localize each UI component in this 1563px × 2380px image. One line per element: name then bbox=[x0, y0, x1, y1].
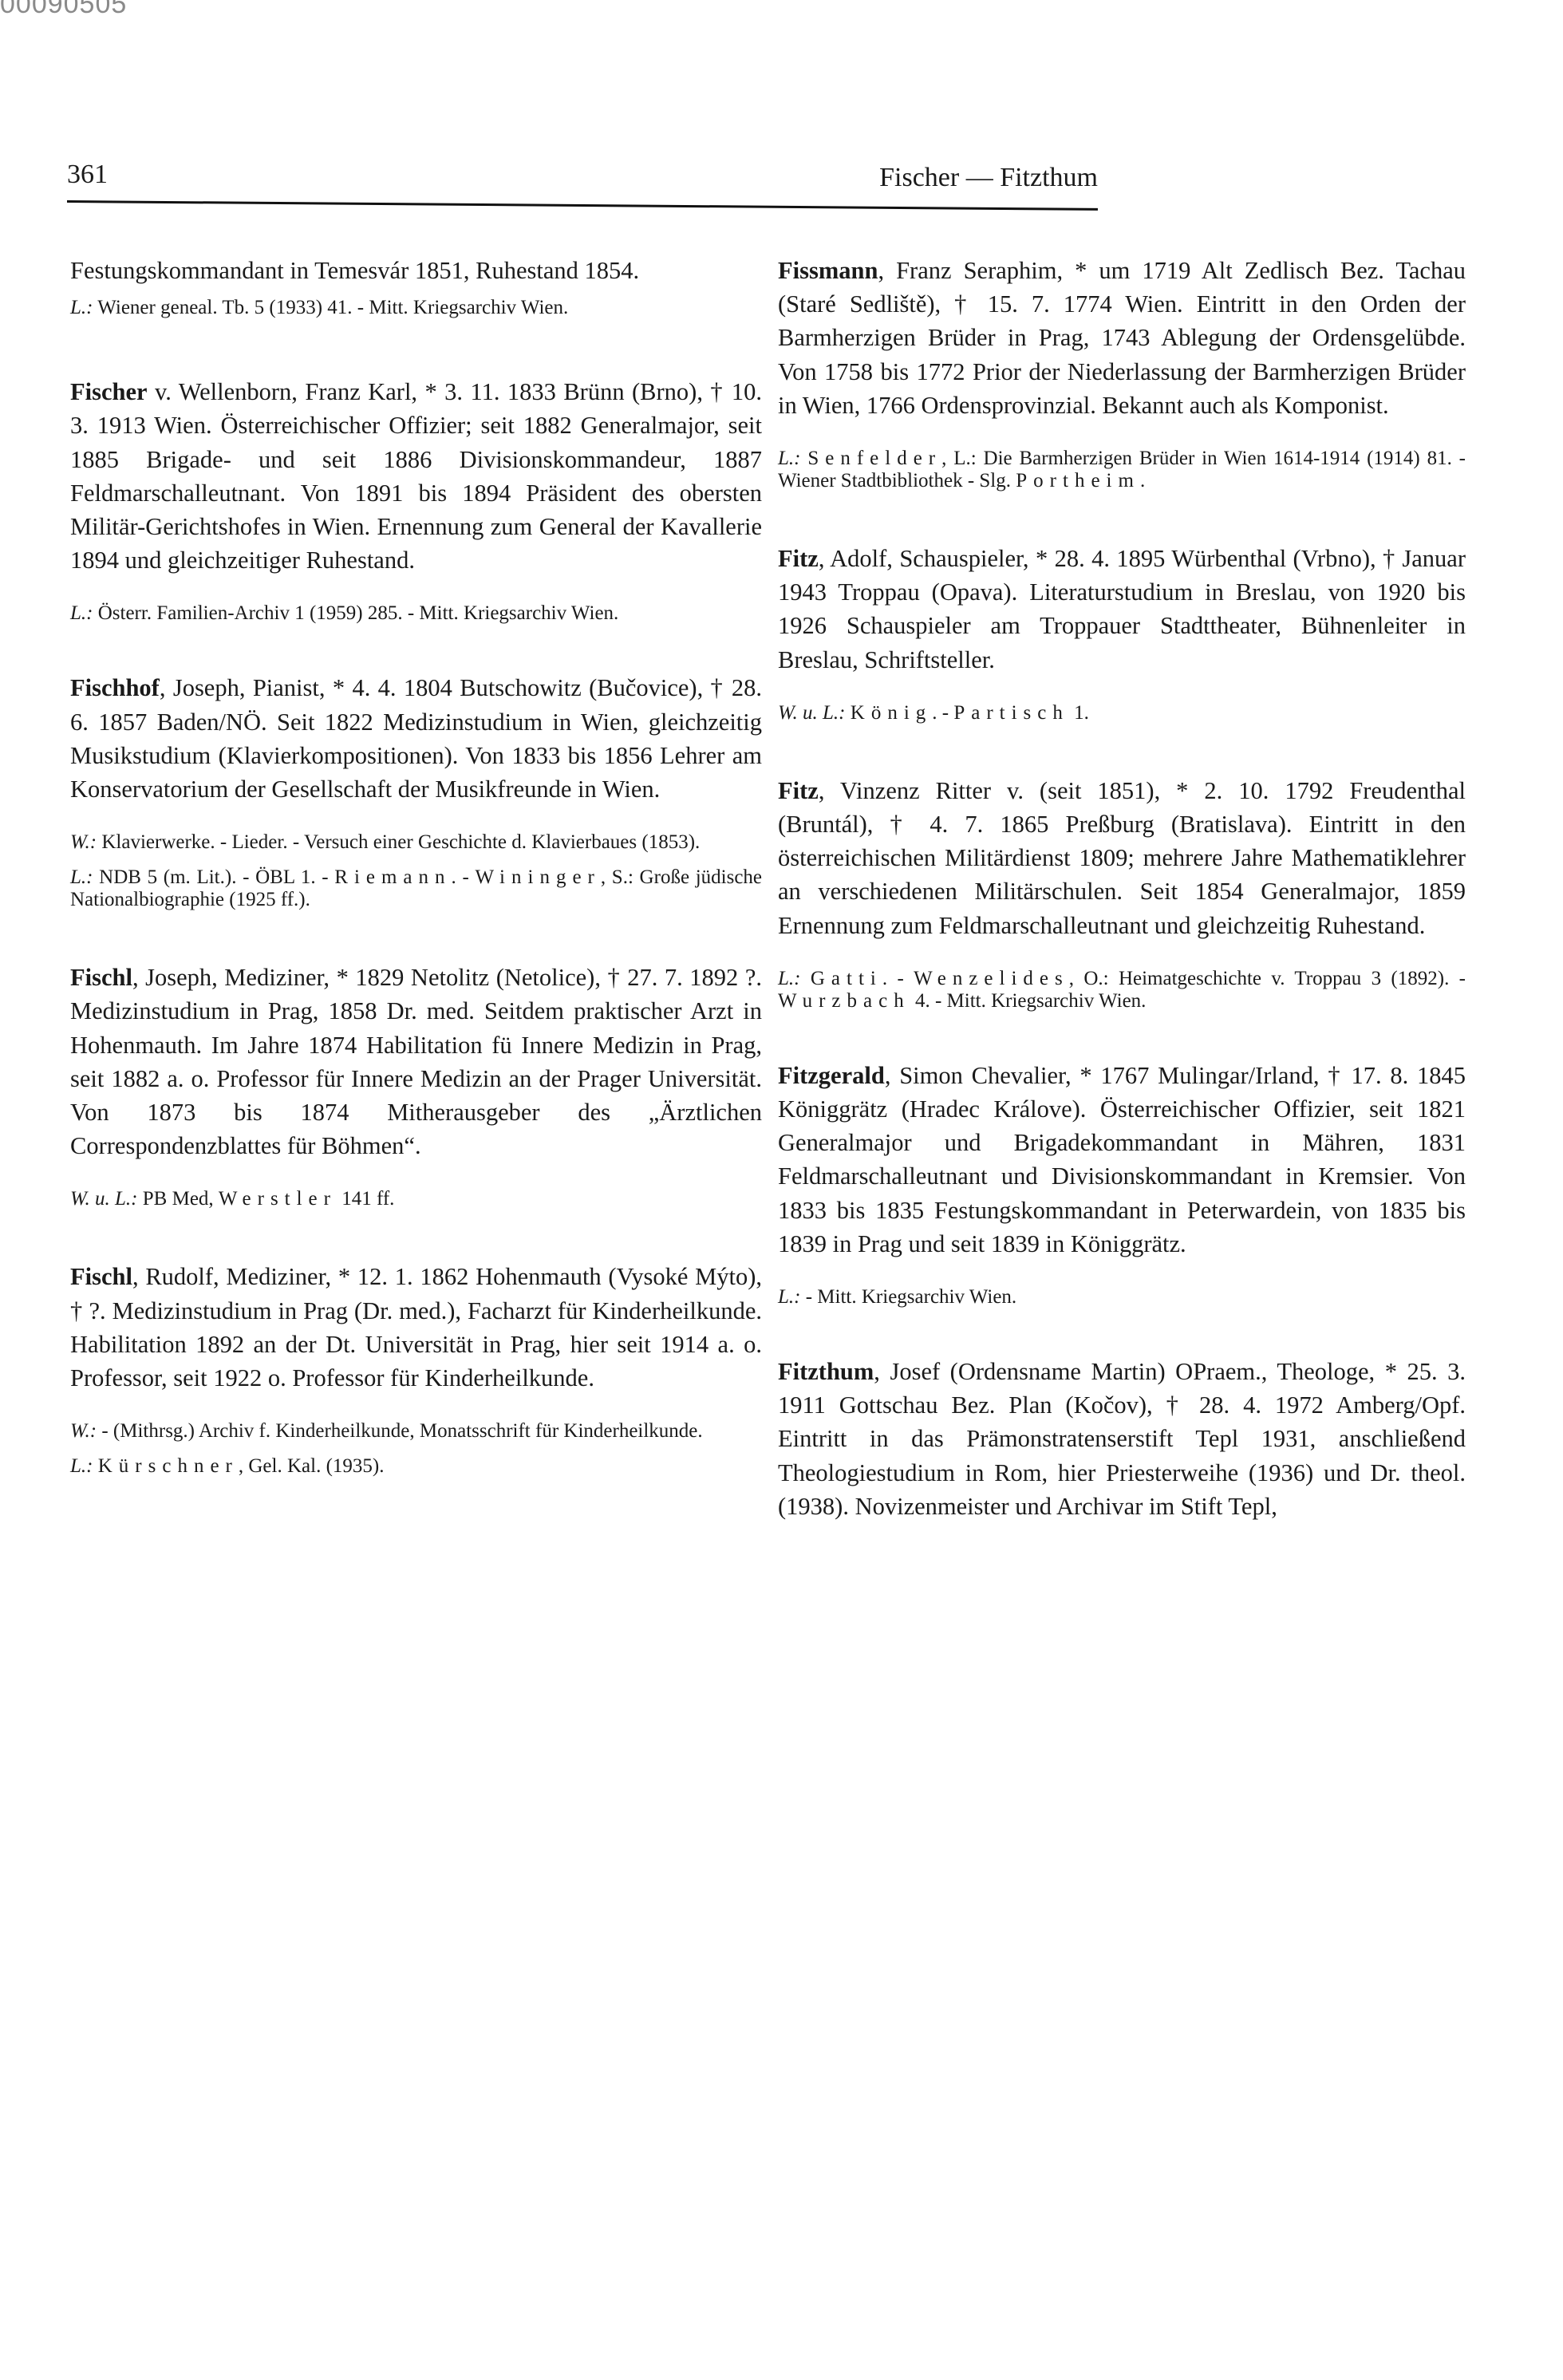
headword: Fischer bbox=[70, 378, 148, 405]
entry-fitz-vinzenz: Fitz, Vinzenz Ritter v. (seit 1851), * 2… bbox=[778, 774, 1466, 1012]
entry-fitz-adolf: Fitz, Adolf, Schauspieler, * 28. 4. 1895… bbox=[778, 542, 1466, 724]
entry-fischhof: Fischhof, Joseph, Pianist, * 4. 4. 1804 … bbox=[70, 671, 762, 911]
entry-body: Fitz, Adolf, Schauspieler, * 28. 4. 1895… bbox=[778, 542, 1466, 677]
scan-id-stamp: 00090505 bbox=[0, 0, 127, 20]
headword: Fitz bbox=[778, 777, 819, 804]
entry-fissmann: Fissmann, Franz Seraphim, * um 1719 Alt … bbox=[778, 254, 1466, 492]
literature-ref: L.: Wiener geneal. Tb. 5 (1933) 41. - Mi… bbox=[70, 297, 762, 319]
left-column: Festungskommandant in Temesvár 1851, Ruh… bbox=[70, 254, 762, 1530]
literature-ref: L.: Kürschner, Gel. Kal. (1935). bbox=[70, 1455, 762, 1478]
headword: Fitz bbox=[778, 545, 819, 572]
headword: Fitzthum bbox=[778, 1358, 874, 1385]
entry-fischl-rudolf: Fischl, Rudolf, Mediziner, * 12. 1. 1862… bbox=[70, 1260, 762, 1478]
entry-continued: Festungskommandant in Temesvár 1851, Ruh… bbox=[70, 254, 762, 319]
entry-body: Fitzthum, Josef (Ordensname Martin) OPra… bbox=[778, 1355, 1466, 1523]
works-ref: W.: Klavierwerke. - Lieder. - Versuch ei… bbox=[70, 831, 762, 854]
headword: Fischhof bbox=[70, 674, 160, 701]
entry-body: Fischer v. Wellenborn, Franz Karl, * 3. … bbox=[70, 375, 762, 577]
entry-fischl-joseph: Fischl, Joseph, Mediziner, * 1829 Netoli… bbox=[70, 961, 762, 1210]
page-header: 361 Fischer — Fitzthum bbox=[67, 160, 1098, 204]
headword: Fischl bbox=[70, 1263, 132, 1290]
entry-body: Fischhof, Joseph, Pianist, * 4. 4. 1804 … bbox=[70, 671, 762, 806]
entry-body: Fitzgerald, Simon Chevalier, * 1767 Muli… bbox=[778, 1059, 1466, 1261]
headword: Fischl bbox=[70, 964, 132, 991]
literature-ref: L.: Gatti. - Wenzelides, O.: Heimatgesch… bbox=[778, 968, 1466, 1012]
headword: Fitzgerald bbox=[778, 1062, 885, 1089]
works-literature-ref: W. u. L.: König. - Partisch 1. bbox=[778, 702, 1466, 724]
literature-ref: L.: NDB 5 (m. Lit.). - ÖBL 1. - Riemann.… bbox=[70, 866, 762, 911]
entry-fitzthum: Fitzthum, Josef (Ordensname Martin) OPra… bbox=[778, 1355, 1466, 1523]
literature-ref: L.: - Mitt. Kriegsarchiv Wien. bbox=[778, 1286, 1466, 1308]
entry-fitzgerald: Fitzgerald, Simon Chevalier, * 1767 Muli… bbox=[778, 1059, 1466, 1308]
entry-fischer: Fischer v. Wellenborn, Franz Karl, * 3. … bbox=[70, 375, 762, 625]
headword: Fissmann bbox=[778, 257, 878, 284]
entry-body: Fissmann, Franz Seraphim, * um 1719 Alt … bbox=[778, 254, 1466, 422]
entry-body: Festungskommandant in Temesvár 1851, Ruh… bbox=[70, 254, 762, 287]
right-column: Fissmann, Franz Seraphim, * um 1719 Alt … bbox=[778, 254, 1466, 1576]
works-ref: W.: - (Mithrsg.) Archiv f. Kinderheilkun… bbox=[70, 1420, 762, 1443]
entry-body: Fitz, Vinzenz Ritter v. (seit 1851), * 2… bbox=[778, 774, 1466, 942]
page-number: 361 bbox=[67, 160, 108, 190]
running-head: Fischer — Fitzthum bbox=[879, 163, 1098, 193]
works-literature-ref: W. u. L.: PB Med, Werstler 141 ff. bbox=[70, 1188, 762, 1210]
entry-body: Fischl, Rudolf, Mediziner, * 12. 1. 1862… bbox=[70, 1260, 762, 1395]
entry-body: Fischl, Joseph, Mediziner, * 1829 Netoli… bbox=[70, 961, 762, 1162]
literature-ref: L.: Österr. Familien-Archiv 1 (1959) 285… bbox=[70, 602, 762, 625]
literature-ref: L.: Senfelder, L.: Die Barmherzigen Brüd… bbox=[778, 448, 1466, 492]
